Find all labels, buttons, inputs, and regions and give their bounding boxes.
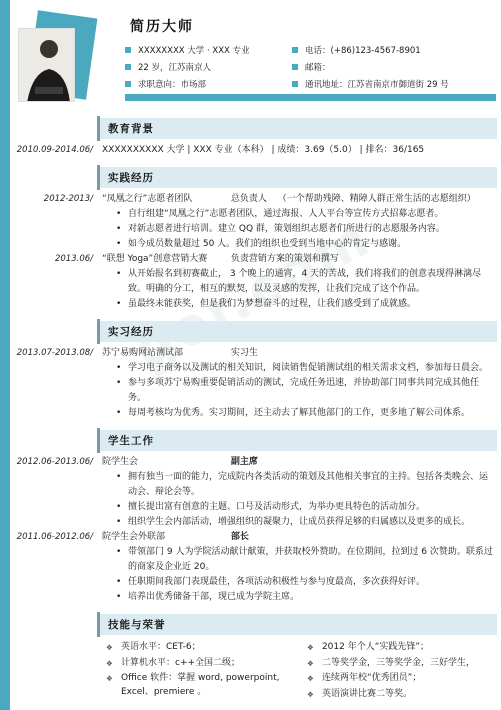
contact-right-column: 电话：(+86)123-4567-8901 邮箱： 通讯地址：江苏省南京市御道街… — [292, 41, 449, 92]
bullet-item: 擅长提出富有创意的主题、口号及活动形式，为举办更具特色的活动加分。 — [115, 500, 493, 515]
org-name: 院学生会 — [102, 455, 220, 470]
section-education: 教育背景 2010.09-2014.06/ XXXXXXXXXX 大学 | XX… — [8, 118, 497, 158]
bullet-item: 虽最终未能获奖，但是我们为梦想奋斗的过程，让我们感受到了成就感。 — [115, 297, 493, 312]
section-title: 学生工作 — [97, 430, 497, 451]
entry-note: （一个帮助残障、精障人群正常生活的志愿组织） — [278, 194, 476, 204]
skills-left-column: 英语水平：CET-6； 计算机水平：c++全国二级； Office 软件：掌握 … — [105, 639, 301, 701]
honor-item: 2012 年个人“实践先锋”； — [306, 641, 497, 655]
org-name: 院学生会外联部 — [102, 530, 220, 545]
honor-item: 二等奖学金，三等奖学金，三好学生， — [306, 657, 497, 671]
skills-right-column: 2012 年个人“实践先锋”； 二等奖学金，三等奖学金，三好学生， 连续两年校“… — [306, 639, 497, 701]
entry-header: “凤凰之行”志愿者团队 总负责人 （一个帮助残障、精障人群正常生活的志愿组织） — [93, 192, 497, 207]
person-silhouette-icon — [19, 29, 75, 102]
contact-text: 电话：(+86)123-4567-8901 — [305, 44, 421, 56]
bullet-item: 拥有独当一面的能力，完成院内各类活动的策划及其他相关事宜的主持。包括各类晚会、运… — [115, 470, 493, 500]
date-range: 2011.06-2012.06/ — [8, 530, 93, 545]
section-title: 教育背景 — [97, 118, 497, 139]
bullet-item: 参与多项苏宁易购重要促销活动的测试，完成任务迅速，并协助部门同事共同完成其他任务… — [115, 376, 493, 406]
section-internship: 实习经历 2013.07-2013.08/ 苏宁易购网站测试部 实习生 学习电子… — [8, 321, 497, 421]
section-skills: 技能与荣誉 英语水平：CET-6； 计算机水平：c++全国二级； Office … — [8, 614, 497, 701]
bullet-item: 自行组建“凤凰之行”志愿者团队，通过海报、人人平台等宣传方式招募志愿者。 — [115, 207, 493, 222]
org-name: “联想 Yoga”创意营销大赛 — [102, 252, 220, 267]
role-title: 副主席 — [231, 455, 258, 470]
contact-text: 求职意向：市场部 — [138, 78, 206, 90]
date-range: 2013.07-2013.08/ — [8, 346, 93, 361]
skills-columns: 英语水平：CET-6； 计算机水平：c++全国二级； Office 软件：掌握 … — [105, 639, 497, 701]
contact-item: 22 岁，江苏南京人 — [125, 58, 250, 75]
contact-left-column: XXXXXXXX 大学 · XXX 专业 22 岁，江苏南京人 求职意向：市场部 — [125, 41, 250, 92]
skill-item: 英语水平：CET-6； — [105, 641, 301, 655]
contact-text: 邮箱： — [305, 61, 331, 73]
bullet-item: 如今成员数量超过 50 人。我们的组织也受到当地中心的肯定与感谢。 — [115, 237, 493, 252]
bullet-item: 任职期间我部门表现最佳，各项活动积极性与参与度最高，多次获得好评。 — [115, 575, 493, 590]
section-title: 技能与荣誉 — [97, 614, 497, 635]
contact-item: 求职意向：市场部 — [125, 75, 250, 92]
contact-text: 22 岁，江苏南京人 — [138, 61, 211, 73]
org-name: “凤凰之行”志愿者团队 — [102, 192, 220, 207]
honor-item: 连续两年校“优秀团员”； — [306, 672, 497, 686]
contact-text: XXXXXXXX 大学 · XXX 专业 — [138, 44, 250, 56]
bullet-item: 培养出优秀储备干部，现已成为学院主席。 — [115, 590, 493, 605]
contact-item: 通讯地址：江苏省南京市御道街 29 号 — [292, 75, 449, 92]
entry-header: 院学生会 副主席 — [93, 455, 497, 470]
org-name: 苏宁易购网站测试部 — [102, 346, 220, 361]
role-title: 总负责人 — [231, 192, 267, 207]
date-range: 2010.09-2014.06/ — [8, 143, 93, 158]
skill-item: Office 软件：掌握 word, powerpoint, Excel、pre… — [105, 672, 301, 699]
entry-row: 2013.06/ “联想 Yoga”创意营销大赛 负责营销方案的策划和撰写 — [8, 252, 497, 267]
entry-row: 2012-2013/ “凤凰之行”志愿者团队 总负责人 （一个帮助残障、精障人群… — [8, 192, 497, 207]
education-summary: XXXXXXXXXX 大学 | XXX 专业（本科） | 成绩：3.69（5.0… — [93, 143, 497, 158]
bullet-item: 对新志愿者进行培训。建立 QQ 群，策划组织志愿者们所进行的志愿服务内容。 — [115, 222, 493, 237]
entry-row: 2012.06-2013.06/ 院学生会 副主席 — [8, 455, 497, 470]
date-range: 2013.06/ — [8, 252, 93, 267]
entry-header: 苏宁易购网站测试部 实习生 — [93, 346, 497, 361]
contact-item: 电话：(+86)123-4567-8901 — [292, 41, 449, 58]
skill-item: 计算机水平：c++全国二级； — [105, 657, 301, 671]
role-title: 部长 — [231, 530, 249, 545]
contact-item: 邮箱： — [292, 58, 449, 75]
section-student-work: 学生工作 2012.06-2013.06/ 院学生会 副主席 拥有独当一面的能力… — [8, 430, 497, 605]
entry-row: 2011.06-2012.06/ 院学生会外联部 部长 — [8, 530, 497, 545]
date-range: 2012.06-2013.06/ — [8, 455, 93, 470]
entry-header: “联想 Yoga”创意营销大赛 负责营销方案的策划和撰写 — [93, 252, 497, 267]
bullet-item: 学习电子商务以及测试的相关知识，阅读销售促销测试组的相关需求文档，参加每日晨会。 — [115, 361, 493, 376]
page-title: 简历大师 — [130, 16, 194, 36]
entry-header: 院学生会外联部 部长 — [93, 530, 497, 545]
bullet-square-icon — [125, 47, 131, 53]
profile-photo — [18, 28, 75, 102]
bullet-square-icon — [125, 64, 131, 70]
section-practice: 实践经历 2012-2013/ “凤凰之行”志愿者团队 总负责人 （一个帮助残障… — [8, 167, 497, 312]
header-divider — [125, 94, 496, 101]
bullet-square-icon — [292, 81, 298, 87]
bullet-item: 从开始报名到初赛截止， 3 个晚上的通宵，4 天的苦战，我们将我们的创意表现得淋… — [115, 267, 493, 297]
bullet-item: 每周考核均为优秀。实习期间，还主动去了解其他部门的工作，更多地了解公司体系。 — [115, 406, 493, 421]
contact-item: XXXXXXXX 大学 · XXX 专业 — [125, 41, 250, 58]
bullet-square-icon — [292, 64, 298, 70]
entry-row: 2013.07-2013.08/ 苏宁易购网站测试部 实习生 — [8, 346, 497, 361]
role-title: 负责营销方案的策划和撰写 — [231, 252, 339, 267]
role-title: 实习生 — [231, 346, 258, 361]
resume-body: 教育背景 2010.09-2014.06/ XXXXXXXXXX 大学 | XX… — [8, 118, 497, 710]
bullet-square-icon — [125, 81, 131, 87]
section-title: 实习经历 — [97, 321, 497, 342]
bullet-item: 组织学生会内部活动，增强组织的凝聚力，让成员获得足够的归属感以及更多的成长。 — [115, 515, 493, 530]
bullet-item: 带领部门 9 人为学院活动献计献策，并获取校外赞助。在位期间，拉到过 6 次赞助… — [115, 545, 493, 575]
date-range: 2012-2013/ — [8, 192, 93, 207]
education-row: 2010.09-2014.06/ XXXXXXXXXX 大学 | XXX 专业（… — [8, 143, 497, 158]
honor-item: 英语演讲比赛二等奖。 — [306, 688, 497, 702]
section-title: 实践经历 — [97, 167, 497, 188]
resume-page: ger.com 简历大师 XXXXXXXX 大学 · XXX 专业 22 岁，江… — [0, 0, 501, 710]
contact-text: 通讯地址：江苏省南京市御道街 29 号 — [305, 78, 449, 90]
bullet-square-icon — [292, 47, 298, 53]
